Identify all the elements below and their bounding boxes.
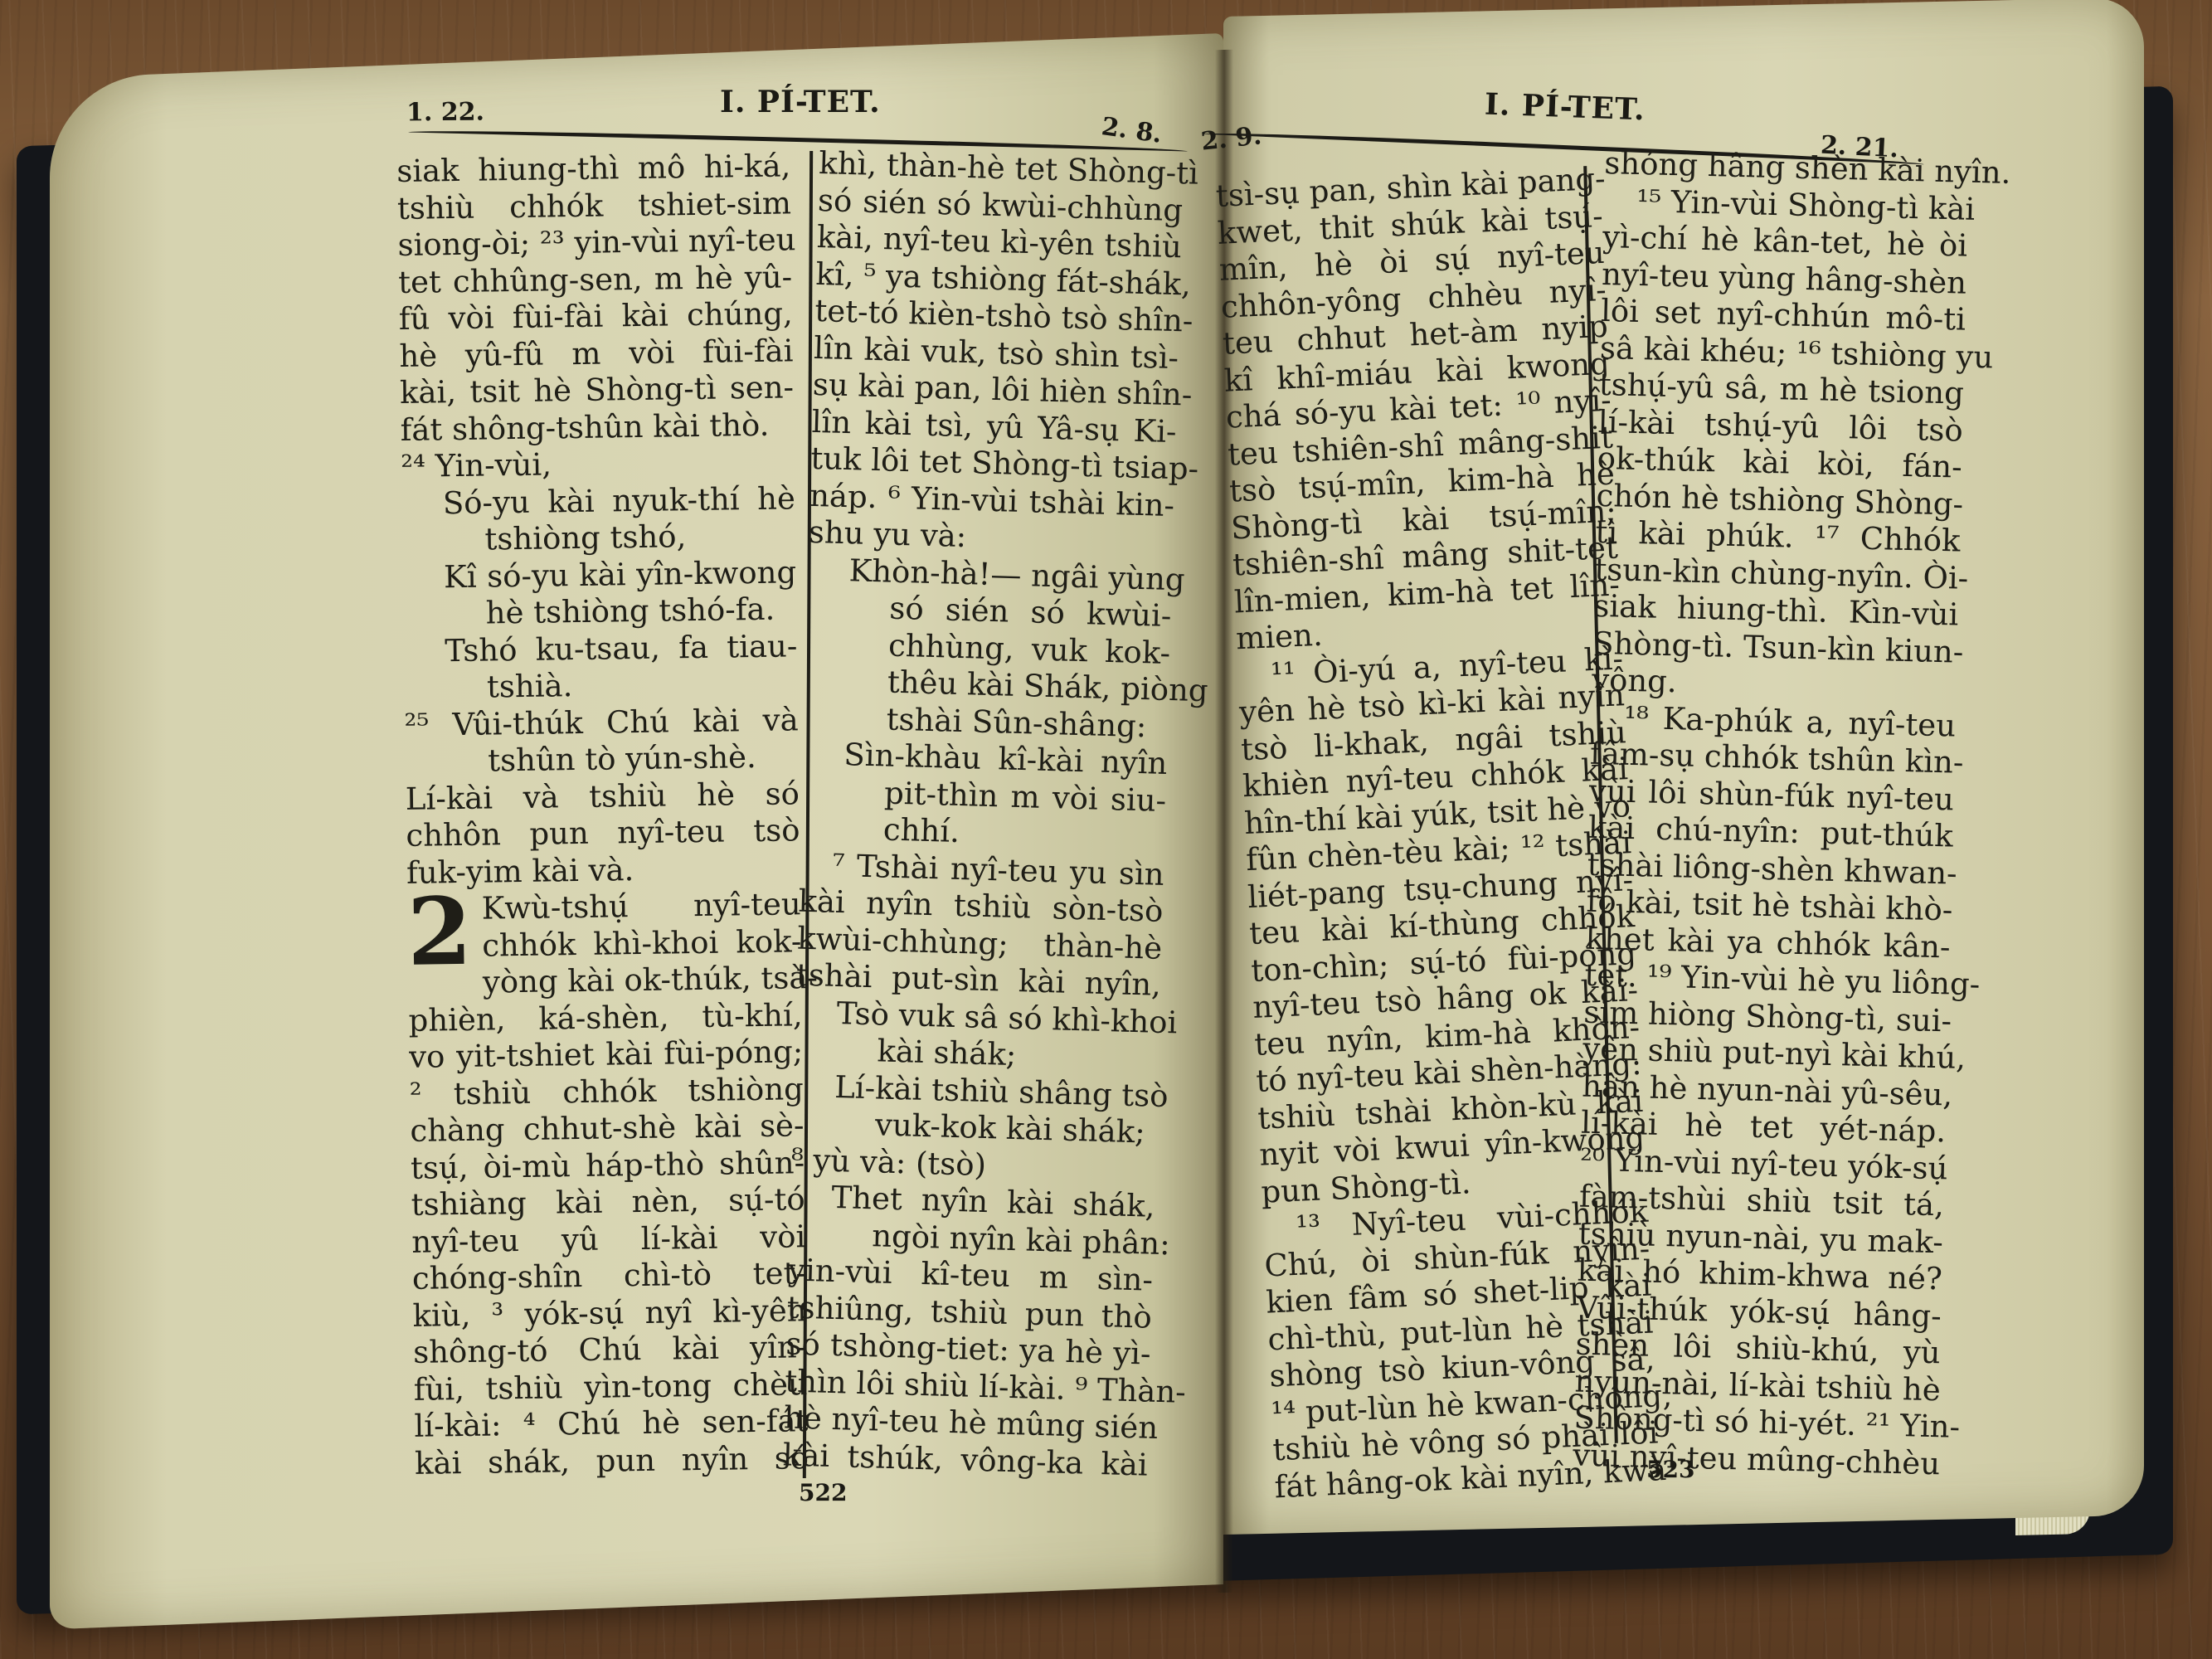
- poetry-line: Tshó ku-tsau, fa tiau-: [403, 628, 798, 670]
- text-line: phièn, ká-shèn, tù-khí,: [408, 997, 803, 1039]
- text-line: kiù, ³ yók-sụ́ nyî kì-yên: [412, 1292, 807, 1335]
- text-line: tsụ́, òi-mù háp-thò shûn-: [411, 1145, 805, 1187]
- text-line: tet chhûng-sen, m hè yû-: [398, 259, 793, 301]
- poetry-line: tshûn tò yún-shè.: [405, 738, 800, 781]
- text-line: tshiù chhók tshiet-sim: [397, 185, 792, 227]
- text-line: Lí-kài và tshiù hè só: [406, 776, 800, 818]
- text-line: shông-tó Chú kài yîn-: [413, 1329, 808, 1371]
- right-page-running-title: I. PÍ-TET.: [1484, 87, 1646, 128]
- left-page-running-title: I. PÍ-TET.: [720, 85, 881, 119]
- text-line: hè yû-fû m vòi fùi-fài: [399, 333, 794, 375]
- verse-line: ²⁴ Yin-vùi,: [401, 443, 795, 485]
- left-page-ref-start: 1. 22.: [406, 98, 484, 128]
- poetry-line: Kî só-yu kài yîn-kwong: [402, 554, 797, 596]
- left-page-number: 522: [799, 1479, 847, 1506]
- text-line: fû vòi fùi-fài kài chúng,: [398, 295, 793, 338]
- text-line: kài shák, pun nyîn só: [415, 1440, 809, 1482]
- text-line: siong-òi; ²³ yin-vùi nyî-teu: [397, 221, 792, 264]
- poetry-line: hè tshiòng tshó-fa.: [402, 591, 797, 633]
- poetry-line: tshià.: [404, 664, 799, 707]
- text-line: siak hiung-thì mô hi-ká,: [396, 148, 791, 190]
- text-line: vo yit-tshiet kài fùi-póng;: [409, 1034, 804, 1076]
- text-line: tshiàng kài nèn, sụ́-tó: [411, 1181, 805, 1224]
- left-page-column-1: siak hiung-thì mô hi-ká, tshiù chhók tsh…: [396, 148, 809, 1481]
- poetry-line: ²⁵ Vûi-thúk Chú kài và: [404, 702, 799, 744]
- text-line: ² tshiù chhók tshiòng: [410, 1071, 805, 1113]
- chapter-number: 2: [407, 896, 473, 970]
- text-line: fát shông-tshûn kài thò.: [400, 406, 795, 449]
- text-line: kài, tsit hè Shòng-tì sen-: [400, 369, 795, 411]
- poetry-line: Só-yu kài nyuk-thí hè: [401, 480, 796, 523]
- text-line: lí-kài: ⁴ Chú hè sen-fát: [414, 1403, 809, 1445]
- text-line: chóng-shîn chì-tò tet-: [412, 1255, 807, 1297]
- open-book: 1. 22. I. PÍ-TET. 2. 8. 2. 9. I. PÍ-TET.…: [0, 0, 2212, 1659]
- text-line: chàng chhut-shè kài sè-: [410, 1107, 805, 1150]
- text-line: chhôn pun nyî-teu tsò: [406, 812, 800, 854]
- text-line: fuk-yim kài và.: [406, 849, 801, 892]
- text-line: fùi, tshiù yìn-tong chèu: [414, 1366, 809, 1408]
- left-page-column-2: khì, thàn-hè tet Shòng-tì só sién só kwù…: [782, 145, 1184, 1484]
- poetry-line: tshiòng tshó,: [401, 517, 796, 559]
- right-page-number: 523: [1646, 1456, 1694, 1483]
- right-page-column-2: shóng hâng shèn kài nyîn. ¹⁵ Yin-vùi Shò…: [1573, 145, 1970, 1482]
- text-line: nyî-teu yû lí-kài vòi: [411, 1219, 806, 1261]
